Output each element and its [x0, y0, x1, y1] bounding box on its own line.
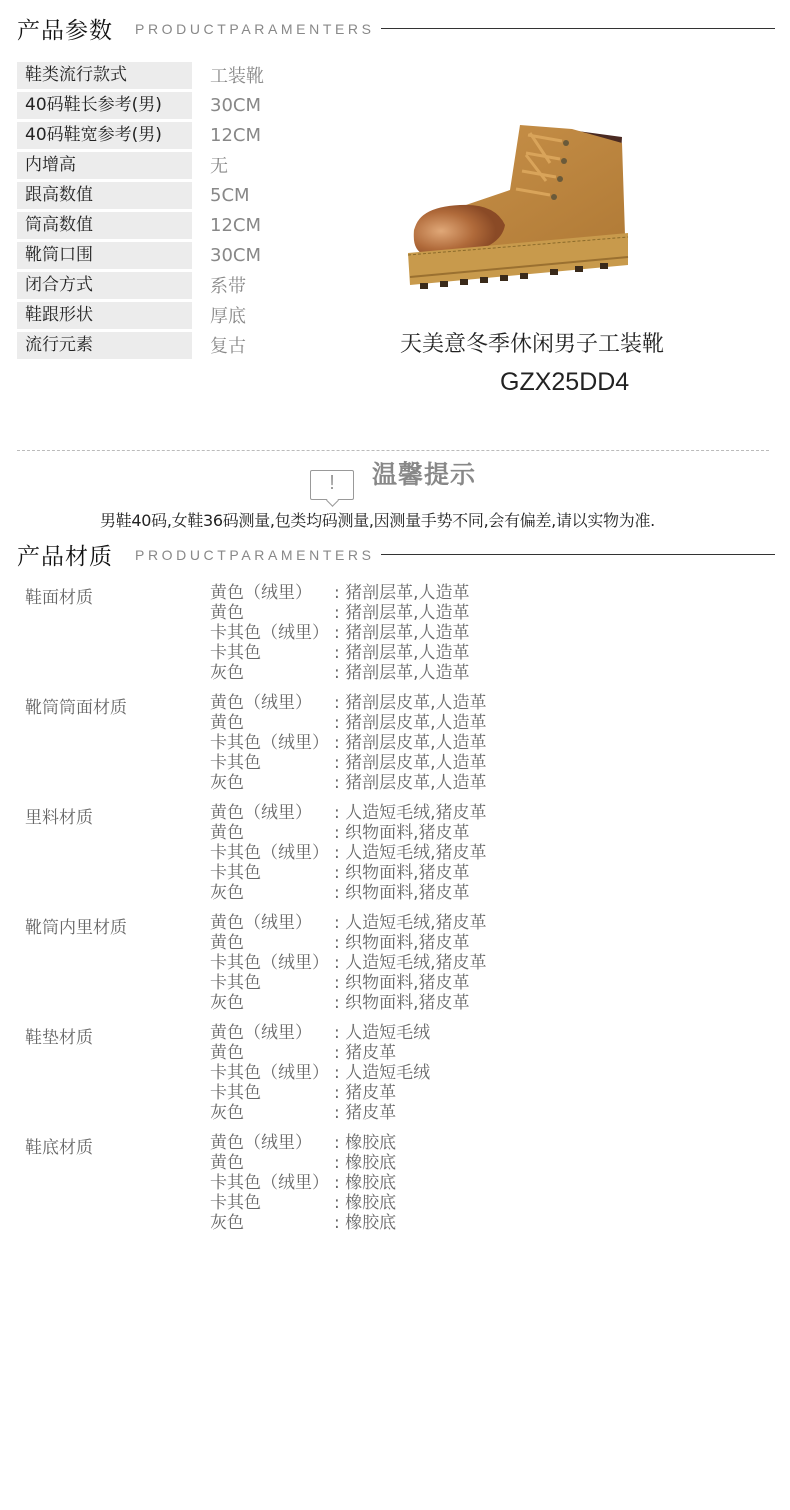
material-value: : 猪剖层皮革,人造革 [334, 733, 487, 753]
params-table: 鞋类流行款式工装靴 40码鞋长参考(男)30CM 40码鞋宽参考(男)12CM … [17, 60, 264, 360]
materials-section-header: 产品材质 PRODUCTPARAMENTERS [17, 538, 775, 571]
material-line: 黄色（绒里）: 人造短毛绒,猪皮革 [210, 913, 487, 933]
material-line: 灰色: 猪剖层革,人造革 [210, 663, 470, 683]
material-value: : 猪剖层皮革,人造革 [334, 693, 487, 713]
material-line: 灰色: 猪剖层皮革,人造革 [210, 773, 487, 793]
param-value: 复古 [210, 332, 246, 358]
color-name: 卡其色 [210, 973, 334, 993]
material-value: : 橡胶底 [334, 1193, 396, 1213]
tip-title: 温馨提示 [372, 455, 476, 491]
material-value: : 人造短毛绒,猪皮革 [334, 913, 487, 933]
material-line: 灰色: 织物面料,猪皮革 [210, 993, 487, 1013]
param-value: 工装靴 [210, 62, 264, 88]
color-name: 黄色（绒里） [210, 1133, 334, 1153]
color-name: 卡其色 [210, 863, 334, 883]
color-name: 灰色 [210, 883, 334, 903]
param-key: 40码鞋长参考(男) [17, 92, 192, 119]
color-name: 黄色（绒里） [210, 803, 334, 823]
color-name: 灰色 [210, 1213, 334, 1233]
material-line: 灰色: 猪皮革 [210, 1103, 430, 1123]
param-row: 跟高数值5CM [17, 180, 264, 210]
material-line: 卡其色: 猪剖层皮革,人造革 [210, 753, 487, 773]
product-code: GZX25DD4 [500, 368, 629, 397]
material-group: 里料材质 黄色（绒里）: 人造短毛绒,猪皮革 黄色: 织物面料,猪皮革 卡其色（… [0, 803, 790, 913]
material-group: 鞋面材质 黄色（绒里）: 猪剖层革,人造革 黄色: 猪剖层革,人造革 卡其色（绒… [0, 583, 790, 693]
color-name: 卡其色（绒里） [210, 1063, 334, 1083]
param-value: 30CM [210, 245, 261, 266]
color-name: 黄色 [210, 713, 334, 733]
color-name: 黄色 [210, 823, 334, 843]
material-line: 黄色（绒里）: 猪剖层皮革,人造革 [210, 693, 487, 713]
material-line: 黄色: 织物面料,猪皮革 [210, 823, 487, 843]
param-value: 5CM [210, 185, 250, 206]
material-value: : 橡胶底 [334, 1173, 396, 1193]
material-value: : 猪皮革 [334, 1083, 396, 1103]
material-line: 卡其色: 猪皮革 [210, 1083, 430, 1103]
material-label: 靴筒内里材质 [25, 913, 127, 938]
material-value: : 猪皮革 [334, 1043, 396, 1063]
material-line: 灰色: 织物面料,猪皮革 [210, 883, 487, 903]
param-row: 40码鞋宽参考(男)12CM [17, 120, 264, 150]
color-name: 卡其色 [210, 643, 334, 663]
color-name: 卡其色（绒里） [210, 953, 334, 973]
material-value: : 猪剖层革,人造革 [334, 663, 470, 683]
color-name: 灰色 [210, 1103, 334, 1123]
color-name: 卡其色（绒里） [210, 623, 334, 643]
material-group: 靴筒筒面材质 黄色（绒里）: 猪剖层皮革,人造革 黄色: 猪剖层皮革,人造革 卡… [0, 693, 790, 803]
material-value: : 猪剖层革,人造革 [334, 623, 470, 643]
material-value: : 猪剖层革,人造革 [334, 583, 470, 603]
material-line: 黄色: 织物面料,猪皮革 [210, 933, 487, 953]
materials-section-title: 产品材质 [17, 538, 113, 571]
param-key: 靴筒口围 [17, 242, 192, 269]
material-group: 靴筒内里材质 黄色（绒里）: 人造短毛绒,猪皮革 黄色: 织物面料,猪皮革 卡其… [0, 913, 790, 1023]
material-line: 卡其色（绒里）: 人造短毛绒,猪皮革 [210, 843, 487, 863]
warning-icon: ! [310, 470, 354, 500]
color-name: 黄色（绒里） [210, 1023, 334, 1043]
param-value: 12CM [210, 125, 261, 146]
boot-image-icon [400, 115, 630, 300]
material-line: 黄色: 橡胶底 [210, 1153, 396, 1173]
material-line: 黄色（绒里）: 猪剖层革,人造革 [210, 583, 470, 603]
color-name: 黄色 [210, 933, 334, 953]
param-key: 闭合方式 [17, 272, 192, 299]
params-section-title: 产品参数 [17, 12, 113, 45]
material-group: 鞋垫材质 黄色（绒里）: 人造短毛绒 黄色: 猪皮革 卡其色（绒里）: 人造短毛… [0, 1023, 790, 1133]
material-line: 卡其色: 织物面料,猪皮革 [210, 973, 487, 993]
material-value: : 橡胶底 [334, 1213, 396, 1233]
material-label: 鞋面材质 [25, 583, 93, 608]
param-row: 鞋类流行款式工装靴 [17, 60, 264, 90]
param-key: 40码鞋宽参考(男) [17, 122, 192, 149]
tip-text: 男鞋40码,女鞋36码测量,包类均码测量,因测量手势不同,会有偏差,请以实物为准… [100, 508, 655, 531]
params-section-header: 产品参数 PRODUCTPARAMENTERS [17, 12, 775, 45]
color-name: 黄色（绒里） [210, 693, 334, 713]
color-name: 卡其色 [210, 1193, 334, 1213]
param-value: 无 [210, 152, 228, 178]
material-line: 卡其色（绒里）: 猪剖层革,人造革 [210, 623, 470, 643]
material-group: 鞋底材质 黄色（绒里）: 橡胶底 黄色: 橡胶底 卡其色（绒里）: 橡胶底 卡其… [0, 1133, 790, 1243]
param-row: 筒高数值12CM [17, 210, 264, 240]
color-name: 灰色 [210, 773, 334, 793]
param-row: 内增高无 [17, 150, 264, 180]
material-value: : 橡胶底 [334, 1133, 396, 1153]
material-value: : 人造短毛绒,猪皮革 [334, 803, 487, 823]
material-label: 鞋底材质 [25, 1133, 93, 1158]
material-value: : 人造短毛绒 [334, 1023, 430, 1043]
param-key: 跟高数值 [17, 182, 192, 209]
material-line: 黄色: 猪剖层革,人造革 [210, 603, 470, 623]
dashed-divider [17, 450, 769, 451]
param-key: 流行元素 [17, 332, 192, 359]
color-name: 灰色 [210, 663, 334, 683]
material-value: : 猪剖层皮革,人造革 [334, 753, 487, 773]
color-name: 黄色 [210, 1043, 334, 1063]
material-value: : 织物面料,猪皮革 [334, 973, 470, 993]
material-value: : 橡胶底 [334, 1153, 396, 1173]
param-row: 40码鞋长参考(男)30CM [17, 90, 264, 120]
material-value: : 织物面料,猪皮革 [334, 823, 470, 843]
material-line: 黄色（绒里）: 人造短毛绒,猪皮革 [210, 803, 487, 823]
product-name: 天美意冬季休闲男子工装靴 [400, 327, 664, 358]
material-label: 靴筒筒面材质 [25, 693, 127, 718]
material-value: : 织物面料,猪皮革 [334, 883, 470, 903]
material-line: 卡其色: 猪剖层革,人造革 [210, 643, 470, 663]
material-value: : 人造短毛绒,猪皮革 [334, 953, 487, 973]
material-line: 黄色: 猪剖层皮革,人造革 [210, 713, 487, 733]
color-name: 卡其色（绒里） [210, 733, 334, 753]
material-line: 卡其色（绒里）: 橡胶底 [210, 1173, 396, 1193]
material-value: : 织物面料,猪皮革 [334, 933, 470, 953]
divider-line [381, 28, 775, 29]
param-key: 内增高 [17, 152, 192, 179]
material-value: : 织物面料,猪皮革 [334, 993, 470, 1013]
material-line: 卡其色: 织物面料,猪皮革 [210, 863, 487, 883]
material-value: : 猪剖层皮革,人造革 [334, 773, 487, 793]
material-line: 灰色: 橡胶底 [210, 1213, 396, 1233]
material-value: : 猪剖层皮革,人造革 [334, 713, 487, 733]
material-line: 卡其色（绒里）: 人造短毛绒,猪皮革 [210, 953, 487, 973]
divider-line [381, 554, 775, 555]
param-value: 系带 [210, 272, 246, 298]
color-name: 卡其色（绒里） [210, 1173, 334, 1193]
material-line: 黄色（绒里）: 人造短毛绒 [210, 1023, 430, 1043]
materials-list: 鞋面材质 黄色（绒里）: 猪剖层革,人造革 黄色: 猪剖层革,人造革 卡其色（绒… [0, 583, 790, 1243]
material-value: : 人造短毛绒,猪皮革 [334, 843, 487, 863]
param-value: 30CM [210, 95, 261, 116]
material-line: 黄色（绒里）: 橡胶底 [210, 1133, 396, 1153]
material-line: 卡其色（绒里）: 人造短毛绒 [210, 1063, 430, 1083]
params-section-subtitle: PRODUCTPARAMENTERS [135, 21, 375, 37]
color-name: 卡其色 [210, 753, 334, 773]
param-key: 鞋类流行款式 [17, 62, 192, 89]
param-value: 厚底 [210, 302, 246, 328]
material-line: 卡其色: 橡胶底 [210, 1193, 396, 1213]
material-value: : 猪剖层革,人造革 [334, 603, 470, 623]
param-row: 鞋跟形状厚底 [17, 300, 264, 330]
material-line: 卡其色（绒里）: 猪剖层皮革,人造革 [210, 733, 487, 753]
material-value: : 猪皮革 [334, 1103, 396, 1123]
material-value: : 人造短毛绒 [334, 1063, 430, 1083]
color-name: 黄色 [210, 603, 334, 623]
color-name: 灰色 [210, 993, 334, 1013]
color-name: 黄色（绒里） [210, 583, 334, 603]
color-name: 黄色（绒里） [210, 913, 334, 933]
material-label: 鞋垫材质 [25, 1023, 93, 1048]
param-value: 12CM [210, 215, 261, 236]
material-label: 里料材质 [25, 803, 93, 828]
param-row: 闭合方式系带 [17, 270, 264, 300]
material-value: : 织物面料,猪皮革 [334, 863, 470, 883]
param-key: 筒高数值 [17, 212, 192, 239]
material-value: : 猪剖层革,人造革 [334, 643, 470, 663]
param-row: 流行元素复古 [17, 330, 264, 360]
color-name: 黄色 [210, 1153, 334, 1173]
param-key: 鞋跟形状 [17, 302, 192, 329]
material-line: 黄色: 猪皮革 [210, 1043, 430, 1063]
color-name: 卡其色 [210, 1083, 334, 1103]
param-row: 靴筒口围30CM [17, 240, 264, 270]
materials-section-subtitle: PRODUCTPARAMENTERS [135, 547, 375, 563]
color-name: 卡其色（绒里） [210, 843, 334, 863]
